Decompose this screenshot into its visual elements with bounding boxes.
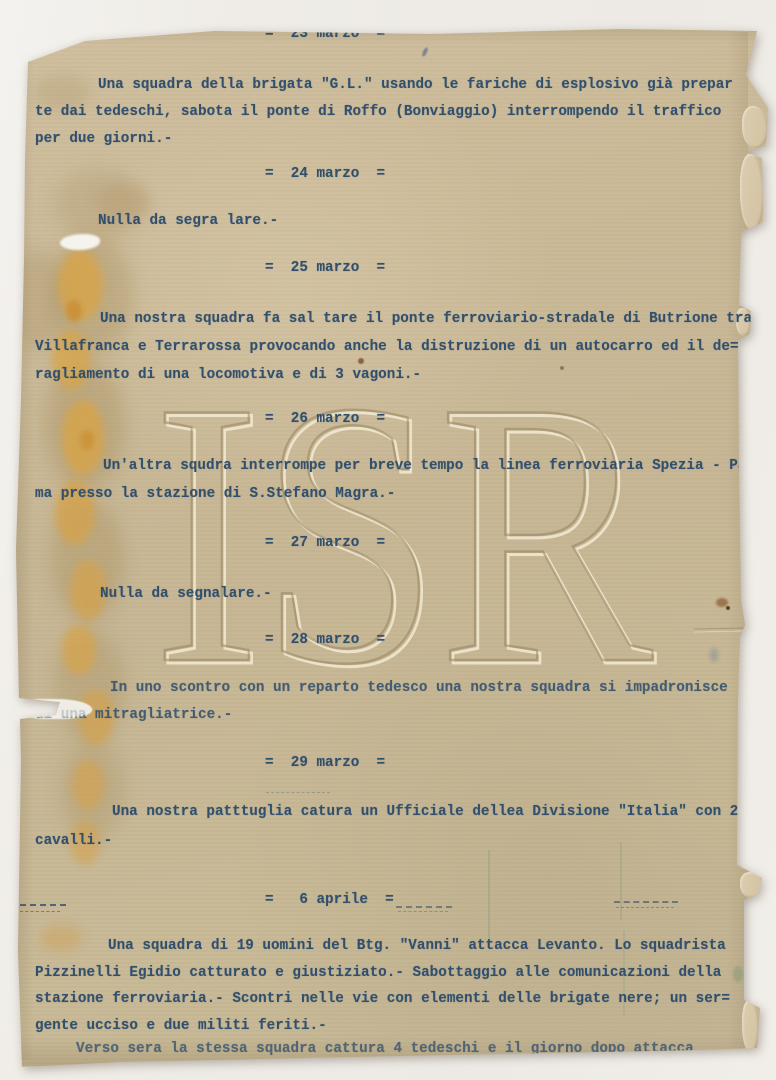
text-line: Nulla da segnalare.- <box>100 586 272 602</box>
text-line: Una squadra di 19 uomini del Btg. "Vanni… <box>108 938 726 954</box>
date-heading: = 24 marzo = <box>265 166 385 182</box>
date-heading: = 6 aprile = <box>265 892 394 908</box>
dash-mark <box>20 911 60 912</box>
text-line: per due giorni.- <box>35 131 172 147</box>
text-line: Pizzinelli Egidio catturato e giustiziat… <box>35 965 721 981</box>
dash-mark <box>398 911 448 912</box>
text-line: Un'altra squdra interrompe per breve tem… <box>103 458 755 474</box>
torn-edge-flap <box>740 872 764 898</box>
text-line: Una nostra squadra fa sal tare il ponte … <box>100 311 752 327</box>
date-heading: = 28 marzo = <box>265 632 385 648</box>
text-line: gente ucciso e due militi feriti.- <box>35 1018 327 1034</box>
ink-speck <box>358 358 364 364</box>
date-heading: = 23 marzo = <box>265 26 385 42</box>
text-line: Una nostra patttuglia catura un Ufficial… <box>112 804 738 820</box>
stain <box>72 760 104 810</box>
isr-embossed-watermark: ISR ISR <box>145 408 665 678</box>
dash-mark <box>616 907 674 908</box>
text-line: te dai tedeschi, sabota il ponte di Roff… <box>35 104 721 120</box>
fold-line <box>488 850 490 945</box>
text-line: Nulla da segra lare.- <box>98 213 278 229</box>
text-line: cavalli.- <box>35 833 112 849</box>
paper-edge-shade-left <box>16 40 34 1060</box>
scanned-document-page: ISR ISR <box>0 0 776 1080</box>
stain <box>5 250 65 350</box>
paper-edge-shade-top <box>0 28 776 44</box>
fold-line <box>620 842 622 920</box>
ink-smudge <box>710 648 718 662</box>
stain <box>80 430 94 450</box>
stain <box>40 925 82 951</box>
paper-shadow: ISR ISR <box>0 0 776 1080</box>
paper: ISR ISR <box>0 0 776 1080</box>
text-line: Una squadra della brigata "G.L." usando … <box>98 77 733 93</box>
date-heading: = 27 marzo = <box>265 535 385 551</box>
dash-mark <box>266 792 330 793</box>
ink-speck <box>560 366 564 370</box>
stain <box>66 300 82 322</box>
ink-smudge <box>733 966 743 982</box>
torn-edge-flap <box>742 106 768 148</box>
text-line: ragliamento di una locomotiva e di 3 vag… <box>35 367 421 383</box>
date-heading: = 25 marzo = <box>265 260 385 276</box>
date-heading: = 26 marzo = <box>265 411 385 427</box>
text-line: ma presso la stazione di S.Stefano Magra… <box>35 486 395 502</box>
dash-mark <box>614 901 678 903</box>
text-line: Verso sera la stessa squadra cattura 4 t… <box>76 1041 694 1057</box>
ink-speck <box>726 606 730 610</box>
dash-mark <box>396 906 452 908</box>
date-heading: = 29 marzo = <box>265 755 385 771</box>
paper-tear-overlay <box>30 700 92 718</box>
watermark-shadow: ISR <box>153 408 655 678</box>
text-line: stazione ferroviaria.- Scontri nelle vie… <box>35 991 730 1007</box>
text-line: In uno scontro con un reparto tedesco un… <box>110 680 728 696</box>
text-line: Villafranca e Terrarossa provocando anch… <box>35 339 739 355</box>
dash-mark <box>20 904 66 906</box>
stain <box>62 625 96 675</box>
